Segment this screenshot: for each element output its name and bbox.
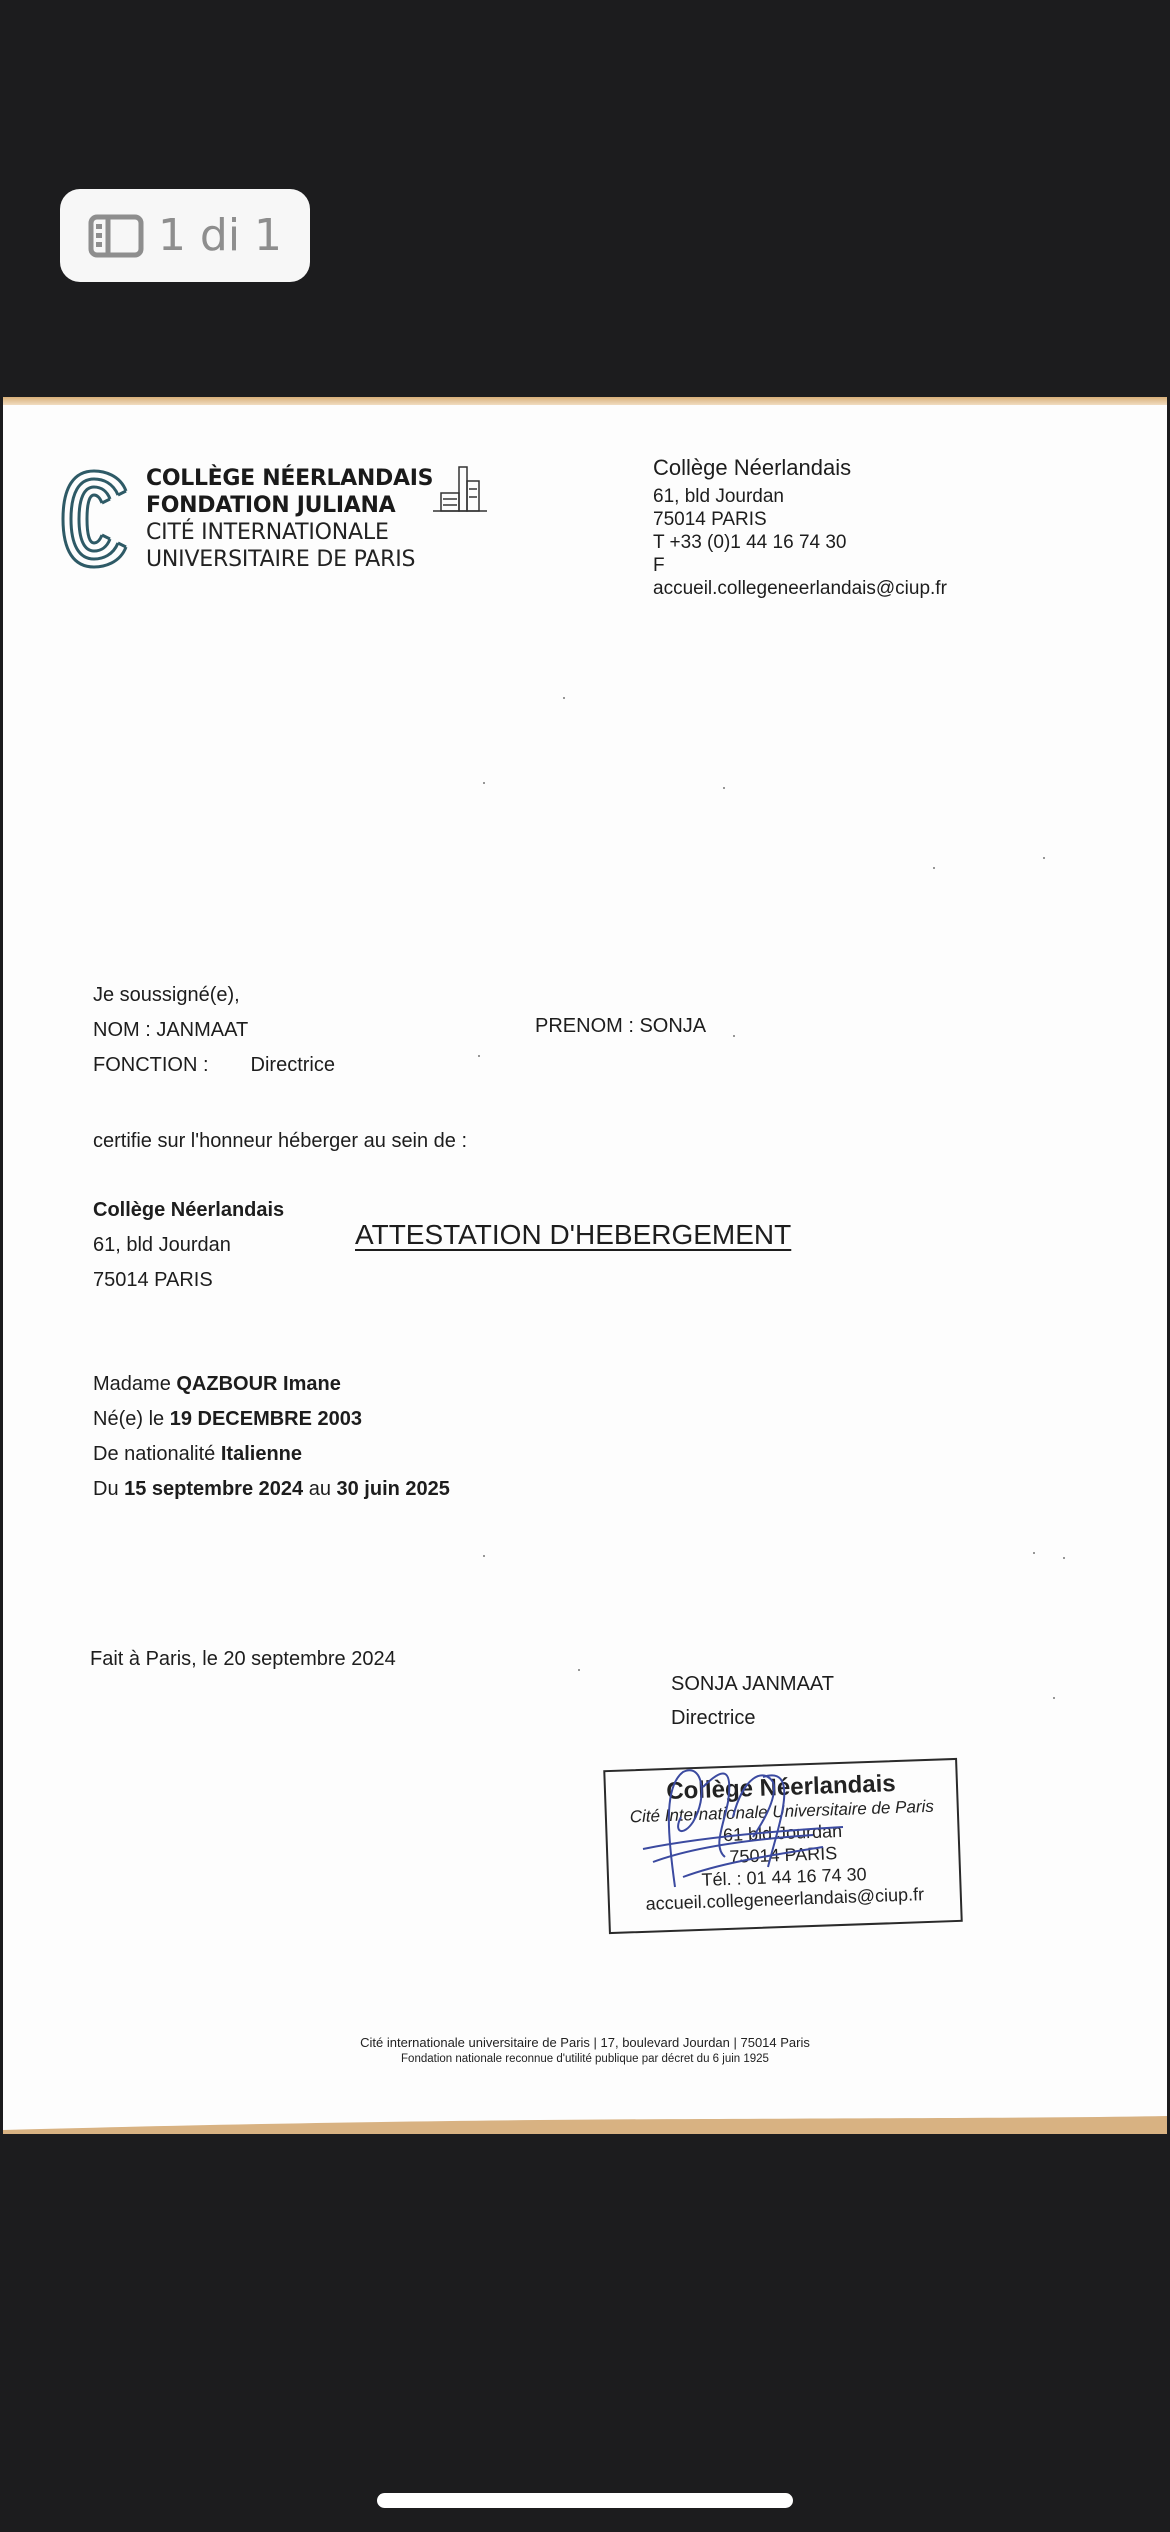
sender-phone: T +33 (0)1 44 16 74 30	[653, 531, 947, 554]
home-indicator[interactable]	[377, 2493, 793, 2508]
certify-text: certifie sur l'honneur héberger au sein …	[93, 1130, 467, 1153]
college-c-logo-icon	[60, 469, 132, 569]
footer-line1: Cité internationale universitaire de Par…	[3, 2035, 1167, 2050]
period-to: 30 juin 2025	[337, 1478, 450, 1500]
sender-city: 75014 PARIS	[653, 508, 947, 531]
prenom-value: SONJA	[639, 1015, 706, 1037]
nationality-line: De nationalité Italienne	[93, 1443, 302, 1466]
guest-name: QAZBOUR Imane	[176, 1373, 340, 1395]
sender-email: accueil.collegeneerlandais@ciup.fr	[653, 577, 947, 600]
host-city: 75014 PARIS	[93, 1269, 213, 1292]
place-date: Fait à Paris, le 20 septembre 2024	[90, 1648, 396, 1671]
nationality-value: Italienne	[221, 1443, 302, 1465]
signatory-role: Directrice	[671, 1707, 755, 1730]
guest-title: Madame	[93, 1373, 176, 1395]
sender-name: Collège Néerlandais	[653, 456, 947, 479]
host-name: Collège Néerlandais	[93, 1199, 284, 1222]
letterhead-line1: COLLÈGE NÉERLANDAIS	[146, 465, 433, 492]
nom-label: NOM :	[93, 1019, 156, 1041]
building-icon	[431, 463, 489, 515]
footer-line2: Fondation nationale reconnue d'utilité p…	[3, 2053, 1167, 2065]
guest-line: Madame QAZBOUR Imane	[93, 1373, 341, 1396]
paper-top-edge	[3, 397, 1167, 405]
intro-text: Je soussigné(e),	[93, 984, 240, 1007]
fonction-label: FONCTION :	[93, 1054, 209, 1076]
nationality-label: De nationalité	[93, 1443, 221, 1465]
born-label: Né(e) le	[93, 1408, 170, 1430]
nom-value: JANMAAT	[156, 1019, 248, 1041]
sidebar-thumbnails-icon	[88, 214, 144, 258]
document-title: ATTESTATION D'HEBERGEMENT	[355, 1219, 791, 1251]
nom-field: NOM : JANMAAT	[93, 1019, 248, 1042]
letterhead-line2: FONDATION JULIANA	[146, 492, 433, 519]
letterhead-line3: CITÉ INTERNATIONALE	[146, 519, 433, 546]
paper-bottom-edge	[3, 2114, 1167, 2134]
page-indicator-badge[interactable]: 1 di 1	[60, 189, 310, 282]
period-to-label: au	[303, 1478, 336, 1500]
college-stamp: Collège Néerlandais Cité Internationale …	[603, 1758, 963, 1934]
document-page: COLLÈGE NÉERLANDAIS FONDATION JULIANA CI…	[3, 397, 1167, 2134]
letterhead-name: COLLÈGE NÉERLANDAIS FONDATION JULIANA CI…	[146, 465, 433, 573]
birth-line: Né(e) le 19 DECEMBRE 2003	[93, 1408, 362, 1431]
letterhead-line4: UNIVERSITAIRE DE PARIS	[146, 546, 433, 573]
signatory-name: SONJA JANMAAT	[671, 1673, 834, 1696]
page-indicator-text: 1 di 1	[158, 210, 282, 261]
prenom-label: PRENOM :	[535, 1015, 639, 1037]
sender-fax: F	[653, 554, 947, 577]
prenom-field: PRENOM : SONJA	[535, 1015, 706, 1038]
born-value: 19 DECEMBRE 2003	[170, 1408, 362, 1430]
period-line: Du 15 septembre 2024 au 30 juin 2025	[93, 1478, 450, 1501]
fonction-field: FONCTION :Directrice	[93, 1054, 335, 1077]
period-from: 15 septembre 2024	[124, 1478, 303, 1500]
sender-street: 61, bld Jourdan	[653, 485, 947, 508]
period-from-label: Du	[93, 1478, 124, 1500]
fonction-value: Directrice	[251, 1054, 335, 1076]
sender-address: Collège Néerlandais 61, bld Jourdan 7501…	[653, 456, 947, 600]
host-street: 61, bld Jourdan	[93, 1234, 231, 1257]
